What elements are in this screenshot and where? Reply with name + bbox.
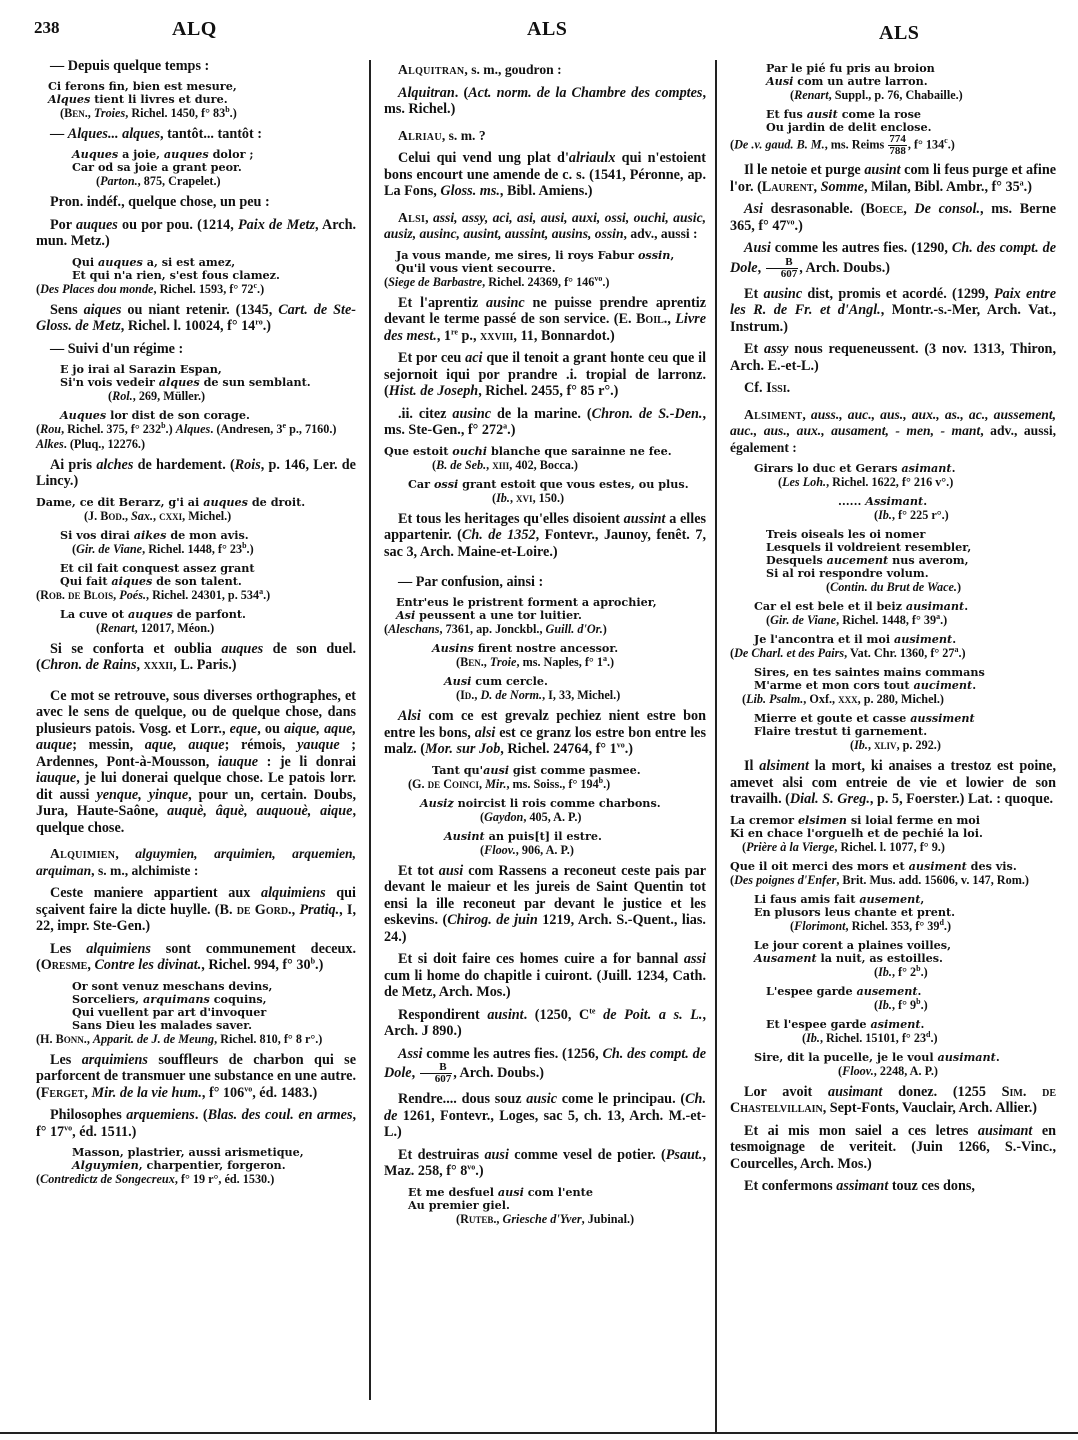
text-run: .: [787, 380, 791, 396]
text-run: .): [921, 965, 928, 979]
italic-text: aci: [465, 350, 482, 366]
text-run: , Milan, Bibl. Ambr., f° 35: [864, 179, 1020, 195]
verse-line: Ausi cum cercle.: [384, 675, 706, 688]
italic-text: ausement: [859, 892, 920, 906]
text-run: p.,: [458, 328, 480, 344]
italic-text: de Poit. a s. L.: [603, 1007, 702, 1023]
verse-line: Ausins firent nostre ancessor.: [384, 642, 706, 655]
paragraph: Lor avoit ausimant donez. (1255 Sim. de …: [730, 1084, 1056, 1117]
italic-text: Lib. Psalm.: [746, 692, 803, 706]
text-run: Qui fait: [60, 574, 111, 588]
small-caps-text: Ruteb.: [460, 1212, 496, 1226]
text-run: , p. 292.): [897, 738, 941, 752]
text-run: .): [603, 777, 610, 791]
italic-text: ausement: [856, 984, 917, 998]
text-run: , f° 225 r°.): [892, 508, 949, 522]
small-caps-text: Bod.: [100, 509, 125, 523]
italic-text: aussint: [624, 511, 666, 527]
italic-text: Psaut.: [666, 1147, 703, 1163]
paragraph: Et confermons assimant touz ces dons,: [730, 1178, 1056, 1195]
text-run: , 12017, Méon.): [135, 621, 215, 635]
text-run: comme vesel de potier. (: [509, 1147, 666, 1163]
text-run: , 11, Bonnardot.): [513, 328, 614, 344]
italic-text: Act. norm. de la Chambre des comptes: [468, 85, 702, 101]
citation: (Ib., xvi, 150.): [384, 491, 706, 506]
text-run: , p. 280, Michel.): [858, 692, 944, 706]
italic-text: eque: [230, 721, 258, 737]
text-run: .): [602, 275, 609, 289]
text-run: .: [923, 494, 927, 508]
verse-quotation: Auques lor dist de son corage.(Rou, Rich…: [36, 409, 356, 452]
text-run: , f° 106: [202, 1085, 244, 1101]
paragraph: Cf. Issi.: [730, 380, 1056, 397]
text-run: .): [230, 106, 237, 120]
text-run: , ms. Reims: [825, 137, 888, 151]
text-run: Si se conforta et oublia: [50, 641, 221, 657]
citation: (Parton., 875, Crapelet.): [36, 174, 356, 189]
text-run: M'arme et mon cors tout: [754, 678, 914, 692]
italic-text: Gir. de Viane: [76, 542, 142, 556]
text-run: , Sept-Fonts, Vauclair, Arch. Allier.): [823, 1100, 1037, 1116]
italic-text: aiques: [111, 574, 152, 588]
paragraph: Si se conforta et oublia auques de son d…: [36, 641, 356, 674]
verse-line: Qu'il vous vient secourre.: [384, 262, 706, 275]
text-run: , 269, Müller.): [133, 389, 205, 403]
text-run: Entr'eus le pristrent forment a aprochie…: [396, 595, 657, 609]
italic-text: Ausins: [432, 641, 474, 655]
small-caps-text: Issi: [766, 380, 787, 396]
italic-text: auquè, âquè, auquouè, aique: [167, 803, 352, 819]
text-run: , Vat. Chr. 1360, f° 27: [844, 646, 954, 660]
italic-text: Ausament: [754, 951, 817, 965]
text-run: — Depuis quelque temps :: [50, 58, 209, 74]
small-caps-text: Ferget: [41, 1085, 85, 1101]
citation: (Gir. de Viane, Richel. 1448, f° 23b.): [36, 542, 356, 557]
text-run: ; messin,: [72, 737, 145, 753]
italic-text: Auques: [72, 147, 118, 161]
italic-text: Ch. de 1352: [462, 527, 536, 543]
text-run: Ou jardin de delit enclose.: [766, 120, 932, 134]
italic-text: Sax.: [131, 509, 153, 523]
text-run: Et me desfuel: [408, 1185, 498, 1199]
text-run: .): [257, 282, 264, 296]
verse-line: Si al roi respondre volum.: [730, 567, 1056, 580]
text-run: Rendre.... dous souz: [398, 1091, 526, 1107]
small-caps-text: xxviii: [480, 328, 513, 344]
text-run: , Richel. 353, f° 39: [846, 919, 940, 933]
italic-text: Alques... alques: [68, 126, 160, 142]
text-run: .): [247, 542, 254, 556]
italic-text: ausi: [439, 863, 463, 879]
verse-line: Sire, dit la pucelle, je le voul ausiman…: [730, 1051, 1056, 1064]
italic-text: aiques: [84, 302, 122, 318]
italic-text: Mir. de la vie hum.: [92, 1085, 202, 1101]
running-head-left: ALQ: [172, 18, 217, 41]
citation: (Floov., 2248, A. P.): [730, 1064, 1056, 1079]
verse-quotation: Et fus ausit come la roseOu jardin de de…: [730, 108, 1056, 157]
paragraph: Et ausinc dist, promis et acordé. (1299,…: [730, 286, 1056, 336]
citation: (Rol., 269, Müller.): [36, 389, 356, 404]
italic-text: B. de Seb.: [436, 458, 486, 472]
text-run: .): [263, 318, 271, 334]
paragraph: Alsi com ce est grevalz pechiez nient es…: [384, 708, 706, 758]
text-run: com un autre larron.: [793, 74, 927, 88]
italic-text: Alquitran: [398, 85, 455, 101]
text-run: .): [625, 741, 633, 757]
text-run: La cremor: [730, 813, 798, 827]
text-run: Celui qui vend ung plat d': [398, 150, 569, 166]
text-run: Dame, ce dit Berarz, g'i ai: [36, 495, 203, 509]
italic-text: assimant: [836, 1178, 888, 1194]
italic-text: Alguymien: [72, 1158, 139, 1172]
italic-text: Asi: [396, 608, 415, 622]
text-run: , I, 33, Michel.): [542, 688, 620, 702]
text-run: , Richel. 1593, f° 72: [153, 282, 253, 296]
superscript: vo: [617, 740, 625, 749]
italic-text: Assi: [398, 1046, 422, 1062]
text-run: , Brit. Mus. add. 15606, v. 147, Rom.): [836, 873, 1029, 887]
section-heading: — Alques... alques, tantôt... tantôt :: [36, 126, 356, 143]
small-caps-text: Ben.: [64, 106, 88, 120]
text-run: Ci ferons fin, bien est mesure,: [48, 79, 237, 93]
italic-text: Aleschans: [388, 622, 439, 636]
italic-text: Des poignes d'Enfer: [734, 873, 836, 887]
text-run: (H.: [36, 1032, 56, 1046]
citation: (Gaydon, 405, A. P.): [384, 810, 706, 825]
text-run: Li faus amis fait: [754, 892, 859, 906]
italic-text: ausint: [487, 1007, 523, 1023]
italic-text: ausinc: [452, 406, 491, 422]
citation: (Ben., Troie, ms. Naples, f° 1a.): [384, 655, 706, 670]
paragraph: Et assy nous requeneussent. (3 nov. 1313…: [730, 341, 1056, 374]
text-run: a joie,: [118, 147, 164, 161]
italic-text: Rou: [40, 422, 61, 436]
citation: (Ib., f° 225 r°.): [730, 508, 1056, 523]
text-run: Et l'espee garde: [766, 1017, 870, 1031]
text-run: de parfont.: [173, 607, 246, 621]
text-run: Qui vuellent par art d'invoquer: [72, 1005, 266, 1019]
paragraph: Celui qui vend ung plat d'alriaulx qui n…: [384, 150, 706, 200]
text-run: .): [475, 1163, 483, 1179]
paragraph: Rendre.... dous souz ausic come le princ…: [384, 1091, 706, 1141]
italic-text: alques: [159, 375, 200, 389]
verse-quotation: Ci ferons fin, bien est mesure,Alques ti…: [36, 80, 356, 121]
italic-text: aucement: [827, 553, 889, 567]
verse-line: M'arme et mon cors tout auciment.: [730, 679, 1056, 692]
verse-quotation: Car el est bele et il beiz ausimant.(Gir…: [730, 600, 1056, 628]
small-caps-text: Rob. de Blois: [40, 588, 113, 602]
text-run: Que il oit merci des mors et: [730, 859, 909, 873]
small-caps-text: xxx: [838, 692, 858, 706]
text-run: comme les autres fies. (1290,: [771, 240, 952, 256]
paragraph: Sens aiques ou niant retenir. (1345, Car…: [36, 302, 356, 335]
text-run: Il: [744, 758, 759, 774]
dictionary-entry: Alquimien, alguymien, arquimien, arquemi…: [36, 846, 356, 879]
italic-text: Assimant: [865, 494, 923, 508]
text-run: Et: [744, 341, 764, 357]
italic-text: auques: [76, 217, 118, 233]
headword: Alriau: [398, 128, 442, 143]
text-run: ,: [137, 657, 144, 673]
text-run: donez. (1255: [882, 1084, 1001, 1100]
text-run: ......: [838, 494, 865, 508]
verse-quotation: Par le pié fu pris au broionAusi com un …: [730, 62, 1056, 103]
text-run: , s. m., goudron :: [464, 62, 561, 77]
column-3: Par le pié fu pris au broionAusi com un …: [730, 62, 1056, 1201]
italic-text: auques: [98, 255, 143, 269]
italic-text: alquimiens: [261, 885, 326, 901]
text-run: Por: [50, 217, 76, 233]
text-run: E jo irai al Sarazin Espan,: [60, 362, 222, 376]
italic-text: iauque: [218, 754, 258, 770]
italic-text: ausimant: [906, 599, 964, 613]
italic-text: D. de Norm.: [480, 688, 542, 702]
text-run: Sire, dit la pucelle, je le voul: [754, 1050, 938, 1064]
verse-quotation: Et me desfuel ausi com l'ente Au premier…: [384, 1186, 706, 1227]
text-run: cum cercle.: [471, 674, 547, 688]
italic-text: Ausint: [444, 829, 485, 843]
verse-line: Girars lo duc et Gerars asimant.: [730, 462, 1056, 475]
column-2: Alquitran, s. m., goudron :Alquitran. (A…: [384, 62, 706, 1232]
verse-line: L'espee garde ausement.: [730, 985, 1056, 998]
text-run: .): [1024, 179, 1032, 195]
text-run: de sun semblant.: [200, 375, 311, 389]
text-run: , ms. Soiss., f° 194: [506, 777, 598, 791]
text-run: Or sont venuz meschans devins,: [72, 979, 272, 993]
italic-text: auques: [203, 495, 248, 509]
verse-quotation: ...... Assimant.(Ib., f° 225 r°.): [730, 495, 1056, 523]
text-run: Car: [408, 477, 434, 491]
italic-text: arquimans: [143, 992, 210, 1006]
text-run: Et ai mis mon saiel a ces letres: [744, 1123, 978, 1139]
text-run: Flaire trestut ti garnement.: [754, 724, 927, 738]
italic-text: Somme: [821, 179, 864, 195]
verse-line: Car el est bele et il beiz ausimant.: [730, 600, 1056, 613]
paragraph: Pron. indéf., quelque chose, un peu :: [36, 194, 356, 211]
citation: (Ib., f° 9b.): [730, 998, 1056, 1013]
italic-text: ossi: [434, 477, 458, 491]
italic-text: Griesche d'Yver: [503, 1212, 582, 1226]
verse-quotation: Tant qu'ausi gist comme pasmee.(G. de Co…: [384, 764, 706, 792]
text-run: Au premier giel.: [408, 1198, 510, 1212]
text-run: peussent a une tor luitier.: [415, 608, 582, 622]
verse-line: Flaire trestut ti garnement.: [730, 725, 1056, 738]
verse-line: Je l'ancontra et il moi ausiment.: [730, 633, 1056, 646]
small-caps-text: de Coinci: [428, 777, 479, 791]
fraction: 774788: [888, 134, 907, 157]
section-heading: — Depuis quelque temps :: [36, 58, 356, 75]
small-caps-text: xliv: [874, 738, 897, 752]
text-run: .: [952, 461, 956, 475]
italic-text: Contredictz de Songecreux: [40, 1172, 175, 1186]
italic-text: Paix de Metz: [238, 217, 315, 233]
paragraph: Philosophes arquemiens. (Blas. des coul.…: [36, 1107, 356, 1140]
text-run: . (: [455, 85, 468, 101]
text-run: an puis[t] il estre.: [485, 829, 602, 843]
text-run: Et l'aprentiz: [398, 295, 486, 311]
text-run: , 2248, A. P.): [874, 1064, 938, 1078]
italic-text: Mir.: [485, 777, 506, 791]
text-run: Ja vous mande, me sires, li roys Fabur: [396, 248, 638, 262]
text-run: En plusors leus chante et prent.: [754, 905, 955, 919]
citation: (Lib. Psalm., Oxf., xxx, p. 280, Michel.…: [730, 692, 1056, 707]
verse-quotation: Le jour corent a plaines voilles,Ausamen…: [730, 939, 1056, 980]
italic-text: alriaulx: [569, 150, 616, 166]
italic-text: Alques: [48, 92, 90, 106]
text-run: , 7361, ap. Jonckbl.,: [440, 622, 546, 636]
text-run: .): [263, 588, 270, 602]
text-run: Respondirent: [398, 1007, 487, 1023]
column-1: — Depuis quelque temps :Ci ferons fin, b…: [36, 58, 356, 1192]
italic-text: ouchi: [452, 444, 487, 458]
verse-quotation: Dame, ce dit Berarz, g'i ai auques de dr…: [36, 496, 356, 524]
italic-text: yenque, yinque: [96, 787, 188, 803]
verse-line: Qui fait aiques de son talent.: [36, 575, 356, 588]
text-run: ou niant retenir. (1345,: [121, 302, 278, 318]
text-run: , p. 5, Foerster.) Lat. : quoque.: [870, 791, 1053, 807]
text-run: Qu'il vous vient secourre.: [396, 261, 556, 275]
text-run: de hardement. (: [133, 457, 234, 473]
italic-text: assi: [684, 951, 706, 967]
italic-text: arquimiens: [82, 1052, 148, 1068]
text-run: . (Andresen, 3: [210, 422, 282, 436]
italic-text: Parton.: [100, 174, 138, 188]
italic-text: aussiment: [910, 711, 975, 725]
verse-line: Ausament la nuit, as estoilles.: [730, 952, 1056, 965]
text-run: , adv., aussi :: [624, 226, 698, 241]
paragraph: Et tous les heritages qu'elles disoient …: [384, 511, 706, 561]
text-run: Philosophes: [50, 1107, 126, 1123]
italic-text: elsimen: [798, 813, 847, 827]
italic-text: Rol.: [112, 389, 133, 403]
text-run: Tant qu': [432, 763, 483, 777]
small-caps-text: Oresme: [41, 957, 88, 973]
text-run: , Richel. 1448, f° 23: [142, 542, 242, 556]
text-run: Car od sa joie a grant peor.: [72, 160, 242, 174]
small-caps-text: de Gord.: [237, 902, 292, 918]
italic-text: Ib.: [806, 1031, 820, 1045]
italic-text: Pratiq.: [299, 902, 339, 918]
small-caps-text: xiii: [492, 458, 509, 472]
text-run: , Richel. l. 10024, f° 14: [121, 318, 256, 334]
text-run: Pron. indéf., quelque chose, un peu :: [50, 194, 270, 210]
text-run: Masson, plastrier, aussi arismetique,: [72, 1145, 304, 1159]
verse-quotation: Ausiz noircist li rois comme charbons.(G…: [384, 797, 706, 825]
text-run: , L. Paris.): [173, 657, 236, 673]
text-run: ,: [758, 259, 765, 275]
italic-text: asiment: [870, 1017, 920, 1031]
italic-text: ausi: [498, 1185, 524, 1199]
citation: (Rou, Richel. 375, f° 232b.) Alques. (An…: [36, 422, 356, 452]
text-run: , 875, Crapelet.): [138, 174, 221, 188]
italic-text: auques: [128, 607, 173, 621]
text-run: ,: [425, 210, 433, 225]
text-run: nus averom,: [888, 553, 968, 567]
italic-text: Apparit. de J. de Meung: [93, 1032, 214, 1046]
verse-line: Et qui n'a rien, s'est fous clamez.: [36, 269, 356, 282]
text-run: de la marine. (: [491, 406, 592, 422]
text-run: —: [50, 126, 68, 142]
italic-text: Floov.: [842, 1064, 874, 1078]
text-run: .): [940, 613, 947, 627]
paragraph: Et l'aprentiz ausinc ne puisse prendre a…: [384, 295, 706, 345]
italic-text: Dial. S. Greg.: [790, 791, 870, 807]
text-run: , f° 134: [908, 137, 944, 151]
text-run: , Richel. 994, f° 30: [201, 957, 310, 973]
italic-text: Ausi: [766, 74, 793, 88]
verse-quotation: Mierre et goute et casse aussimentFlaire…: [730, 712, 1056, 753]
paragraph: Respondirent ausint. (1250, Cte de Poit.…: [384, 1007, 706, 1040]
text-run: , ms. Naples, f° 1: [516, 655, 602, 669]
italic-text: ausint: [864, 162, 900, 178]
text-run: , Richel. 810, f° 8 r°.): [214, 1032, 322, 1046]
paragraph: Ce mot se retrouve, sous diverses orthog…: [36, 688, 356, 837]
text-run: ou por pou. (1214,: [118, 217, 238, 233]
paragraph: Ceste maniere appartient aux alquimiens …: [36, 885, 356, 935]
text-run: , Bibl. Amiens.): [500, 183, 593, 199]
text-run: C: [579, 1007, 589, 1023]
verse-quotation: Qui auques a, si est amez,Et qui n'a rie…: [36, 256, 356, 297]
small-caps-text: Boece: [865, 201, 903, 217]
verse-line: Ausiz noircist li rois comme charbons.: [384, 797, 706, 810]
italic-text: Mor. sur Job: [425, 741, 500, 757]
italic-text: Contre les divinat.: [94, 957, 201, 973]
paragraph: Ausi comme les autres fies. (1290, Ch. d…: [730, 240, 1056, 280]
text-run: .: [996, 1050, 1000, 1064]
verse-line: Asi peussent a une tor luitier.: [384, 609, 706, 622]
small-caps-text: xxxii: [144, 657, 173, 673]
text-run: Treis oiseals les oi nomer: [766, 527, 925, 541]
italic-text: Floov.: [484, 843, 516, 857]
fraction: B607: [420, 1062, 453, 1085]
text-run: come la rose: [838, 107, 921, 121]
text-run: .): [931, 1031, 938, 1045]
text-run: Ai pris: [50, 457, 96, 473]
text-run: com l'ente: [524, 1185, 593, 1199]
italic-text: Alkes: [36, 437, 64, 451]
paragraph: Et si doit faire ces homes cuire a for b…: [384, 951, 706, 1001]
verse-line: La cuve ot auques de parfont.: [36, 608, 356, 621]
paragraph: Assi comme les autres fies. (1256, Ch. d…: [384, 1046, 706, 1086]
italic-text: auques: [164, 147, 209, 161]
text-run: Il le netoie et purge: [744, 162, 864, 178]
text-run: des vis.: [967, 859, 1017, 873]
verse-quotation: L'espee garde ausement.(Ib., f° 9b.): [730, 985, 1056, 1013]
citation: (Des Places dou monde, Richel. 1593, f° …: [36, 282, 356, 297]
text-run: a, si est amez,: [143, 255, 235, 269]
verse-line: Tant qu'ausi gist comme pasmee.: [384, 764, 706, 777]
italic-text: Hist. de Joseph: [389, 383, 478, 399]
text-run: , f° 2: [892, 965, 916, 979]
verse-line: ...... Assimant.: [730, 495, 1056, 508]
headword: Alquimien: [50, 846, 115, 861]
citation: (Floov., 906, A. P.): [384, 843, 706, 858]
italic-text: alsi: [475, 725, 496, 741]
italic-text: Troie: [490, 655, 517, 669]
italic-text: Ausiz: [420, 796, 454, 810]
citation: (Ben., Troies, Richel. 1450, f° 83b.): [36, 106, 356, 121]
italic-text: alquimiens: [86, 941, 151, 957]
text-run: , Richel. 2455, f° 85 r°.): [478, 383, 618, 399]
citation: (Ib., xliv, p. 292.): [730, 738, 1056, 753]
superscript: vo: [244, 1084, 252, 1093]
text-run: Sans Dieu les malades saver.: [72, 1018, 252, 1032]
text-run: come le principau. (: [557, 1091, 685, 1107]
text-run: cum li home do chapitle i cuiront. (Juil…: [384, 968, 706, 1001]
italic-text: ausiment: [894, 632, 952, 646]
text-run: .): [166, 422, 176, 436]
verse-quotation: Car ossi grant estoit que vous estes, ou…: [384, 478, 706, 506]
